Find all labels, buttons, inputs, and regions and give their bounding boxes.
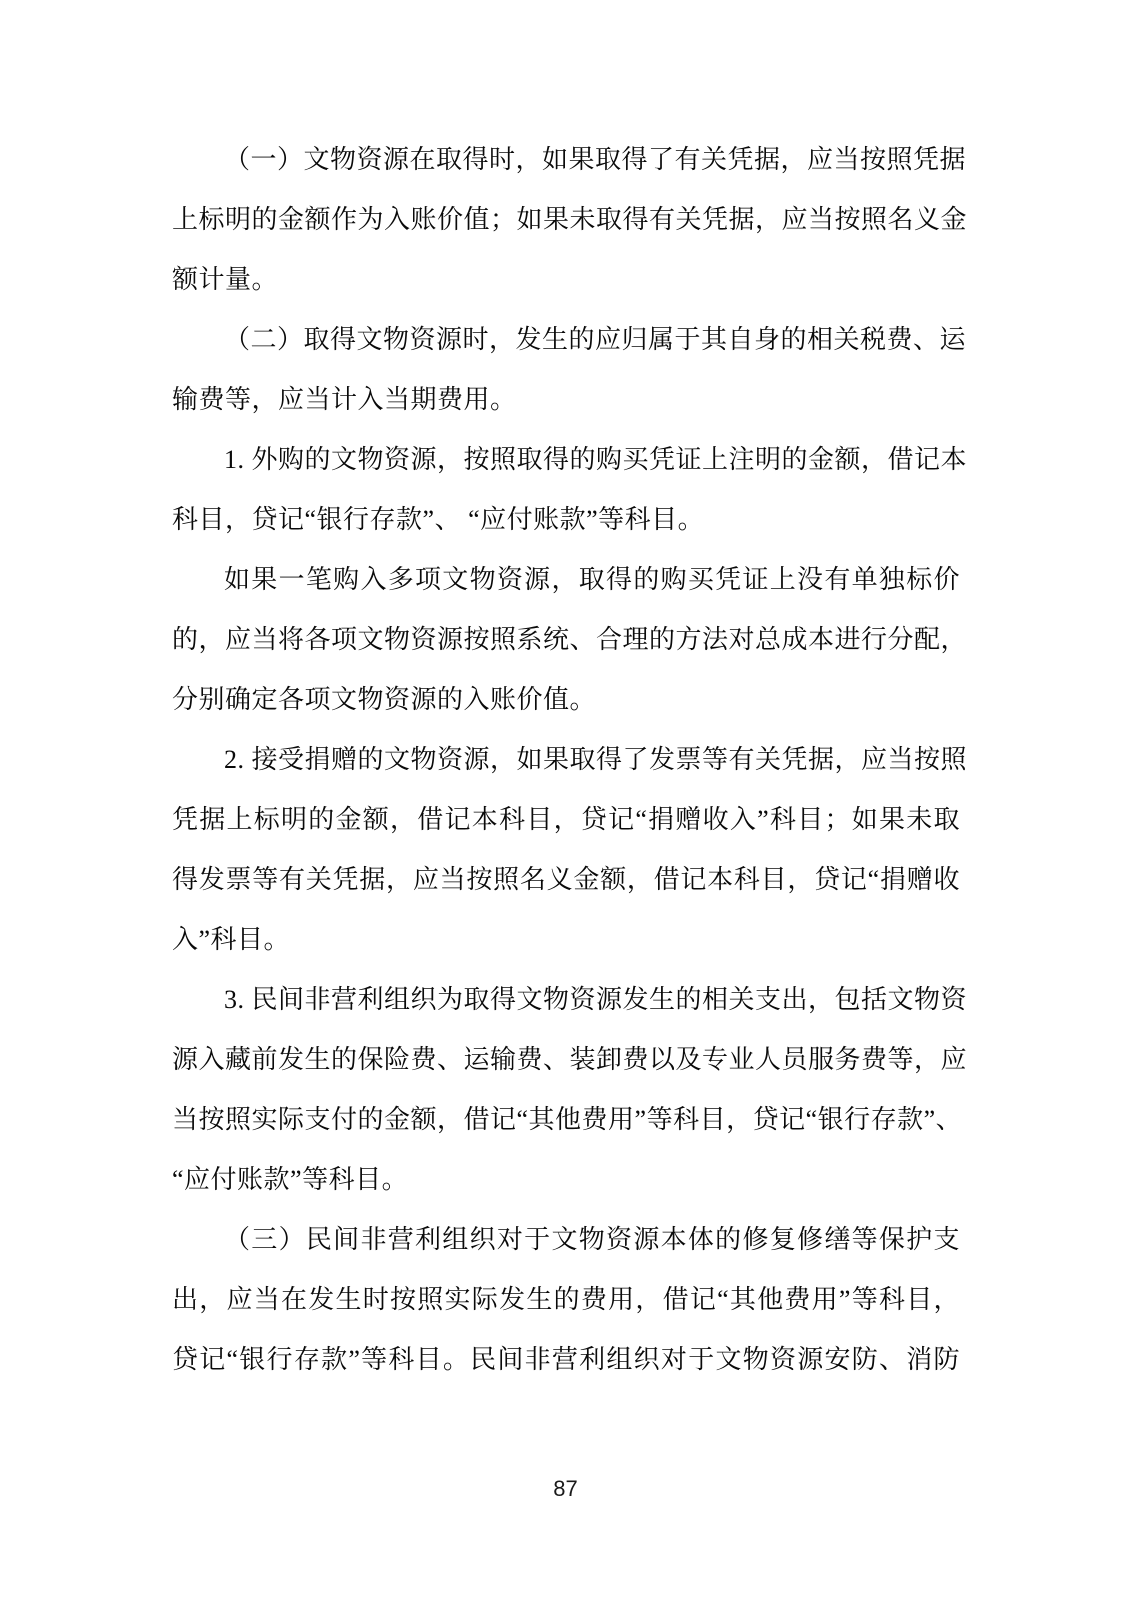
paragraph: （三）民间非营利组织对于文物资源本体的修复修缮等保护支 出，应当在发生时按照实际… bbox=[172, 1210, 960, 1390]
text-line: 出，应当在发生时按照实际发生的费用，借记“其他费用”等科目， bbox=[172, 1270, 960, 1330]
paragraph: （一）文物资源在取得时，如果取得了有关凭据，应当按照凭据 上标明的金额作为入账价… bbox=[172, 130, 960, 310]
paragraph: 如果一笔购入多项文物资源，取得的购买凭证上没有单独标价 的，应当将各项文物资源按… bbox=[172, 550, 960, 730]
text-line: 凭据上标明的金额，借记本科目，贷记“捐赠收入”科目；如果未取 bbox=[172, 790, 960, 850]
paragraph: （二）取得文物资源时，发生的应归属于其自身的相关税费、运 输费等，应当计入当期费… bbox=[172, 310, 960, 430]
text-line: 上标明的金额作为入账价值；如果未取得有关凭据，应当按照名义金 bbox=[172, 190, 960, 250]
text-line: “应付账款”等科目。 bbox=[172, 1150, 960, 1210]
paragraph: 1. 外购的文物资源，按照取得的购买凭证上注明的金额，借记本 科目，贷记“银行存… bbox=[172, 430, 960, 550]
text-line: 额计量。 bbox=[172, 250, 960, 310]
document-page: （一）文物资源在取得时，如果取得了有关凭据，应当按照凭据 上标明的金额作为入账价… bbox=[0, 0, 1131, 1600]
text-line: 贷记“银行存款”等科目。民间非营利组织对于文物资源安防、消防 bbox=[172, 1330, 960, 1390]
text-line: 3. 民间非营利组织为取得文物资源发生的相关支出，包括文物资 bbox=[172, 970, 960, 1030]
text-line: 输费等，应当计入当期费用。 bbox=[172, 370, 960, 430]
paragraph: 2. 接受捐赠的文物资源，如果取得了发票等有关凭据，应当按照 凭据上标明的金额，… bbox=[172, 730, 960, 970]
text-line: 源入藏前发生的保险费、运输费、装卸费以及专业人员服务费等，应 bbox=[172, 1030, 960, 1090]
document-body: （一）文物资源在取得时，如果取得了有关凭据，应当按照凭据 上标明的金额作为入账价… bbox=[172, 130, 960, 1390]
text-line: 分别确定各项文物资源的入账价值。 bbox=[172, 670, 960, 730]
text-line: 2. 接受捐赠的文物资源，如果取得了发票等有关凭据，应当按照 bbox=[172, 730, 960, 790]
paragraph: 3. 民间非营利组织为取得文物资源发生的相关支出，包括文物资 源入藏前发生的保险… bbox=[172, 970, 960, 1210]
page-number: 87 bbox=[0, 1476, 1131, 1502]
text-line: 如果一笔购入多项文物资源，取得的购买凭证上没有单独标价 bbox=[172, 550, 960, 610]
text-line: （二）取得文物资源时，发生的应归属于其自身的相关税费、运 bbox=[172, 310, 960, 370]
text-line: 得发票等有关凭据，应当按照名义金额，借记本科目，贷记“捐赠收 bbox=[172, 850, 960, 910]
text-line: （一）文物资源在取得时，如果取得了有关凭据，应当按照凭据 bbox=[172, 130, 960, 190]
text-line: 入”科目。 bbox=[172, 910, 960, 970]
text-line: 的，应当将各项文物资源按照系统、合理的方法对总成本进行分配， bbox=[172, 610, 960, 670]
text-line: （三）民间非营利组织对于文物资源本体的修复修缮等保护支 bbox=[172, 1210, 960, 1270]
text-line: 当按照实际支付的金额，借记“其他费用”等科目，贷记“银行存款”、 bbox=[172, 1090, 960, 1150]
text-line: 科目，贷记“银行存款”、 “应付账款”等科目。 bbox=[172, 490, 960, 550]
text-line: 1. 外购的文物资源，按照取得的购买凭证上注明的金额，借记本 bbox=[172, 430, 960, 490]
